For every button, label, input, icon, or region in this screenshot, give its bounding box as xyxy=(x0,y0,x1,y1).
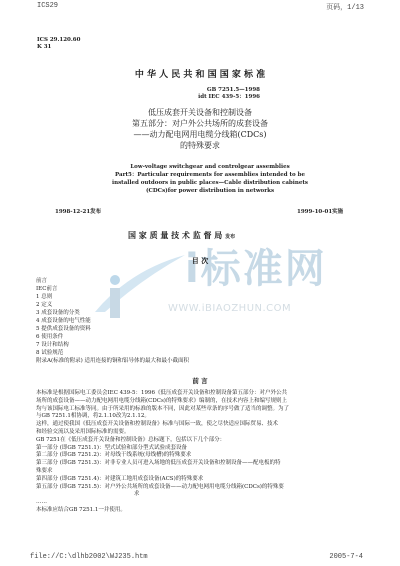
title-en: Low-voltage switchgear and controlgear a… xyxy=(60,163,360,195)
foreword-line: 第二部分 (即GB 7251.2)：对母线干线系统(母线槽)的特殊要求 xyxy=(36,452,289,460)
title-cn-line: ——动力配电网用电缆分线箱(CDCs) xyxy=(100,129,300,140)
toc-heading: 目 次 xyxy=(0,256,400,266)
title-cn-line: 的特殊要求 xyxy=(100,140,300,151)
toc-item[interactable]: 5 提供成套设备的资料 xyxy=(36,325,189,333)
toc-item[interactable]: 1 总则 xyxy=(36,293,189,301)
foreword-line: GB 7251在《低压成套开关设备和控制设备》总标题下，包括以下几个部分： xyxy=(36,437,289,445)
toc-item[interactable]: 8 试验规范 xyxy=(36,349,189,357)
toc-item[interactable]: 附录A(标准的附录) 适用连接的铜和铝导体的最大和最小截面积 xyxy=(36,357,189,365)
title-en-line: (CDCs)for power distribution in networks xyxy=(60,187,360,195)
title-en-line: Low-voltage switchgear and controlgear a… xyxy=(60,163,360,171)
publisher: 国 家 质 量 技 术 监 督 局 发布 xyxy=(128,230,235,241)
title-en-line: Part5：Particular requirements for assemb… xyxy=(60,171,360,179)
title-en-line: installed outdoors in public places—Cabl… xyxy=(60,179,360,187)
foreword-line: 求 xyxy=(36,491,289,499)
toc-item[interactable]: 4 成套设备的电气性能 xyxy=(36,317,189,325)
foreword-line: 本标准应结合GB 7251.1一并使用。 xyxy=(36,507,289,515)
title-cn-line: 低压成套开关设备和控制设备 xyxy=(100,107,300,118)
foreword-line: 第四部分 (即GB 7251.4)：对建筑工地用成套设备(ACS)的特殊要求 xyxy=(36,476,289,484)
idt-number: idt IEC 439-5：1996 xyxy=(198,94,260,102)
title-cn-line: 第五部分：对户外公共场所的成套设备 xyxy=(100,118,300,129)
foreword-line: 场所的成套设备——动力配电网用电缆分线箱(CDCs)的特殊要求》编制的，在技术内… xyxy=(36,398,289,406)
toc-item[interactable]: 6 使用条件 xyxy=(36,333,189,341)
foreword-body: 本标准是根据国际电工委员会IEC 439-5：1996《低压成套开关设备和控制设… xyxy=(36,390,289,515)
foreword-line: …… xyxy=(36,499,289,507)
file-path: file://C:\dlhb2002\WJ235.htm xyxy=(30,553,148,561)
toc-item[interactable]: 7 设计和结构 xyxy=(36,341,189,349)
table-of-contents: 前言 IEC前言 1 总则 2 定义 3 成套设备的分类 4 成套设备的电气性能… xyxy=(36,277,189,365)
watermark-brand: i标准网 xyxy=(185,247,327,291)
national-standard-title: 中 华 人 民 共 和 国 国 家 标 准 xyxy=(0,67,400,80)
publisher-name: 国 家 质 量 技 术 监 督 局 xyxy=(128,230,222,240)
page-number: 页码，1/13 xyxy=(326,2,364,12)
implement-date: 1999-10-01实施 xyxy=(297,209,343,217)
foreword-line: 第三部分 (即GB 7251.3)：对非专业人员可进入场地的低压成套开关设备和控… xyxy=(36,460,289,468)
foreword-heading: 前 言 xyxy=(0,376,400,385)
foreword-line: 这样，通过使我国《低压成套开关设备和控制设备》标准与国际一致，使之尽快适应国际贸… xyxy=(36,421,289,429)
k-code: K 31 xyxy=(37,44,51,52)
print-date: 2005-7-4 xyxy=(329,553,363,561)
page-header-left: ICS29 xyxy=(37,2,58,10)
title-cn: 低压成套开关设备和控制设备 第五部分：对户外公共场所的成套设备 ——动力配电网用… xyxy=(100,107,300,151)
publisher-suffix: 发布 xyxy=(225,234,235,240)
toc-item[interactable]: IEC前言 xyxy=(36,285,189,293)
foreword-line: 本标准是根据国际电工委员会IEC 439-5：1996《低压成套开关设备和控制设… xyxy=(36,390,289,398)
foreword-line: 殊要求 xyxy=(36,468,289,476)
toc-item[interactable]: 3 成套设备的分类 xyxy=(36,309,189,317)
foreword-line: 和经验交流以及采用国际标准的需要。 xyxy=(36,429,289,437)
issue-date: 1998-12-21发布 xyxy=(55,209,101,217)
toc-item[interactable]: 2 定义 xyxy=(36,301,189,309)
toc-item[interactable]: 前言 xyxy=(36,277,189,285)
